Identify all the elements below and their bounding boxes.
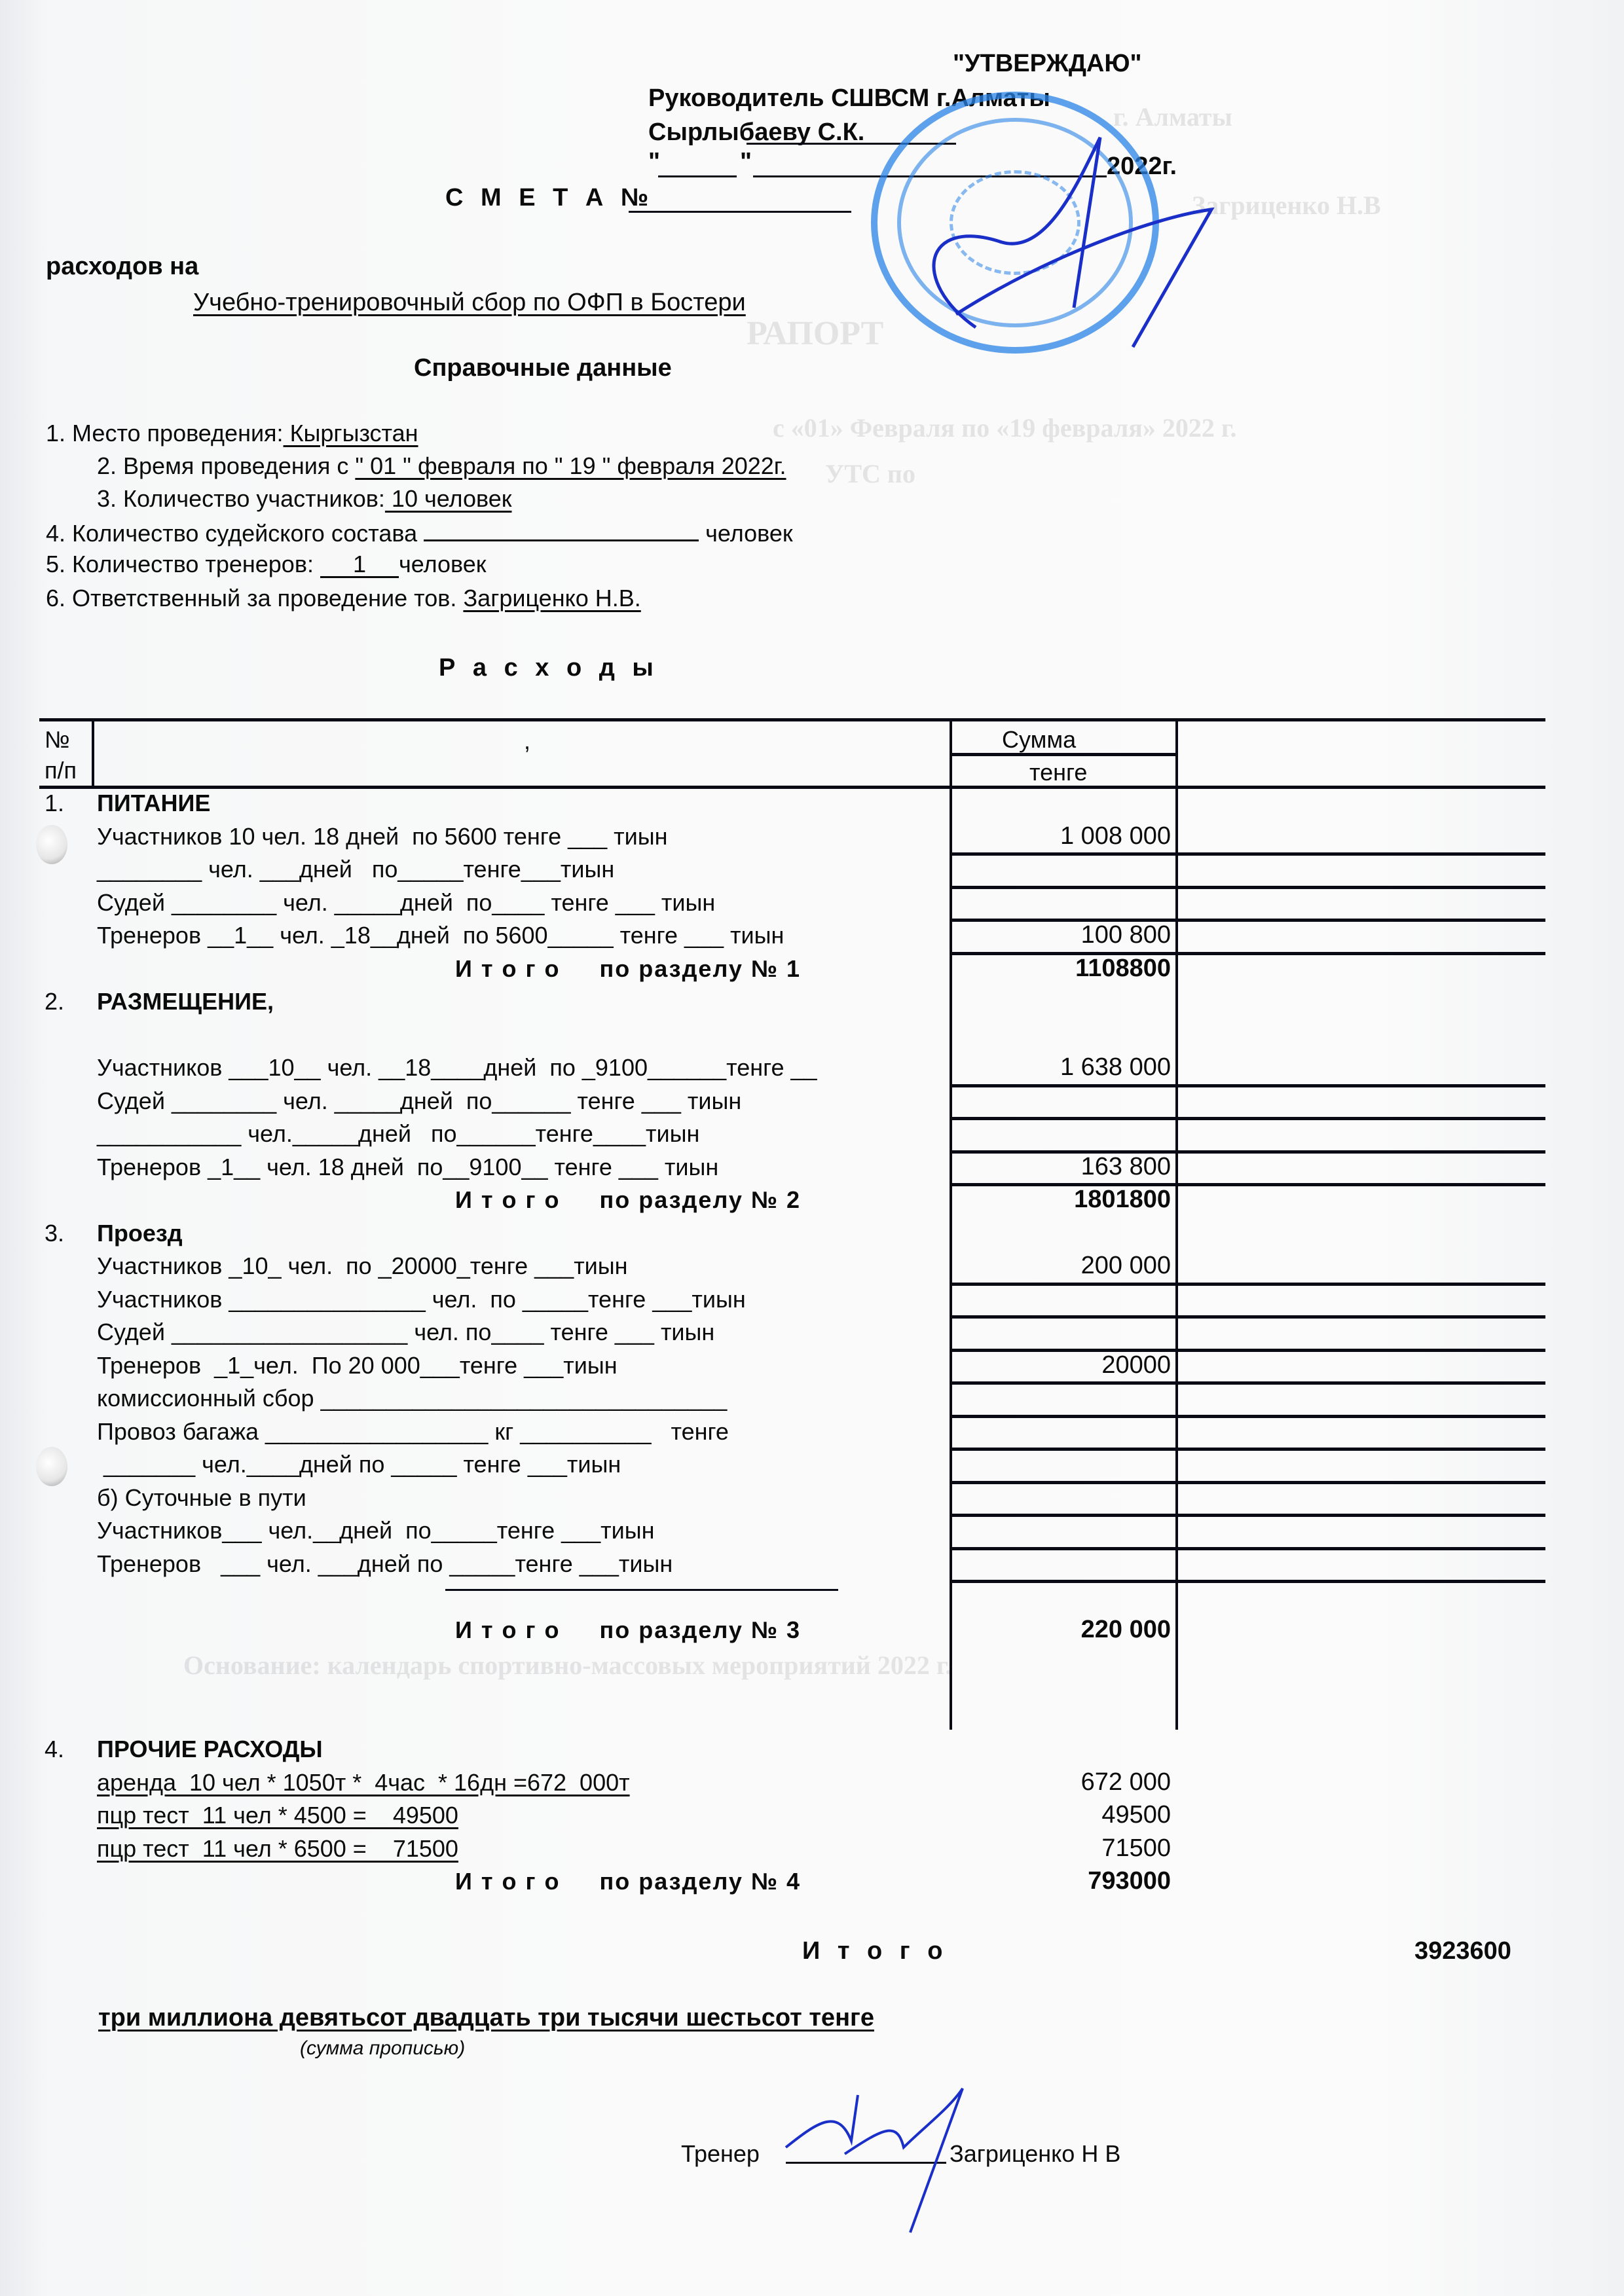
- row-divider: [950, 1117, 1545, 1120]
- estimate-number-line: [629, 211, 851, 213]
- reference-judges: 4. Количество судейского состава человек: [46, 517, 793, 548]
- header-comma: ,: [524, 727, 530, 756]
- expenses-title: Р а с х о д ы: [439, 653, 659, 682]
- row-divider: [950, 1381, 1545, 1385]
- expense-amount: 672 000: [974, 1768, 1171, 1796]
- amount-in-words: три миллиона девятьсот двадцать три тыся…: [98, 2003, 874, 2032]
- reference-dates: 2. Время проведения с " 01 " февраля по …: [97, 452, 786, 481]
- expense-line: Участников _10_ чел. по _20000_тенге ___…: [97, 1252, 628, 1281]
- expense-line: Участников 10 чел. 18 дней по 5600 тенге…: [97, 822, 668, 851]
- section-number: 1.: [45, 789, 64, 818]
- expense-line: ________ чел. ___дней по_____тенге___тиы…: [97, 855, 614, 884]
- reference-title: Справочные данные: [414, 354, 672, 382]
- section-total-label: И т о г о по разделу № 4: [455, 1867, 801, 1896]
- header-num: №: [45, 725, 70, 754]
- bleed-through-text: с «01» Февраля по «19 февраля» 2022 г.: [773, 412, 1237, 443]
- bleed-through-text: Основание: календарь спортивно-массовых …: [183, 1650, 951, 1681]
- expense-line: б) Суточные в пути: [97, 1484, 306, 1512]
- section-number: 4.: [45, 1735, 64, 1764]
- header-num-pp: п/п: [45, 756, 77, 785]
- expense-amount: 1 638 000: [974, 1053, 1171, 1082]
- row-divider: [950, 886, 1545, 889]
- approval-title: "УТВЕРЖДАЮ": [953, 49, 1142, 78]
- expenses-for-label: расходов на: [46, 252, 198, 281]
- row-divider: [950, 852, 1545, 856]
- expense-amount: 49500: [974, 1801, 1171, 1829]
- row-divider: [950, 1283, 1545, 1286]
- expense-line: Судей __________________ чел. по____ тен…: [97, 1318, 714, 1347]
- header-currency: тенге: [1029, 758, 1087, 787]
- expense-line: пцр тест 11 чел * 6500 = 71500: [97, 1834, 458, 1863]
- section-total-label: И т о г о по разделу № 1: [455, 955, 801, 983]
- bleed-through-text: РАПОРТ: [747, 314, 883, 353]
- expense-amount: 200 000: [974, 1252, 1171, 1280]
- header-sum: Сумма: [1002, 725, 1076, 754]
- section-number: 3.: [45, 1219, 64, 1248]
- amount-in-words-caption: (сумма прописью): [300, 2037, 465, 2060]
- expense-line: пцр тест 11 чел * 4500 = 49500: [97, 1801, 458, 1830]
- signature-name: Загриценко Н В: [950, 2140, 1120, 2168]
- expense-line: Тренеров ___ чел. ___дней по _____тенге …: [97, 1550, 673, 1578]
- section-title: ПРОЧИЕ РАСХОДЫ: [97, 1735, 323, 1764]
- punch-hole: [36, 825, 67, 864]
- expense-line: Участников ___10__ чел. __18____дней по …: [97, 1053, 817, 1082]
- row-divider: [950, 1481, 1545, 1484]
- expense-line: Тренеров _1_чел. По 20 000___тенге ___ти…: [97, 1351, 618, 1380]
- table-col-divider: [950, 718, 952, 1730]
- expense-line: аренда 10 чел * 1050т * 4час * 16дн =672…: [97, 1768, 630, 1797]
- section-number: 2.: [45, 987, 64, 1016]
- row-divider: [950, 1084, 1545, 1087]
- expense-amount: 163 800: [974, 1153, 1171, 1181]
- section-total-label: И т о г о по разделу № 2: [455, 1186, 801, 1214]
- table-top-border: [39, 718, 1545, 721]
- table-col-divider: [92, 718, 94, 787]
- punch-hole: [36, 1447, 67, 1486]
- row-divider: [950, 1415, 1545, 1418]
- expense-line: Провоз багажа _________________ кг _____…: [97, 1417, 729, 1446]
- section-title: Проезд: [97, 1219, 183, 1248]
- section-total-value: 1108800: [974, 955, 1171, 983]
- reference-coaches: 5. Количество тренеров: 1 человек: [46, 550, 487, 579]
- table-col-divider: [1175, 718, 1178, 1730]
- expense-line: Судей ________ чел. _____дней по____ тен…: [97, 888, 715, 917]
- expense-line: Участников _______________ чел. по _____…: [97, 1285, 746, 1314]
- total-line: [445, 1589, 838, 1591]
- expense-amount: 1 008 000: [974, 822, 1171, 850]
- expense-line: Судей ________ чел. _____дней по______ т…: [97, 1087, 741, 1116]
- approval-day-line: [658, 175, 737, 177]
- signature-role: Тренер: [681, 2140, 760, 2168]
- expense-line: Тренеров _1__ чел. 18 дней по__9100__ те…: [97, 1153, 718, 1182]
- expense-amount: 100 800: [974, 921, 1171, 949]
- expense-line: Участников___ чел.__дней по_____тенге __…: [97, 1516, 655, 1545]
- approval-date-quote-open: ": [648, 147, 660, 176]
- reference-responsible: 6. Ответственный за проведение тов. Загр…: [46, 584, 641, 613]
- row-divider: [950, 1315, 1545, 1319]
- expense-line: Тренеров __1__ чел. _18__дней по 5600___…: [97, 921, 784, 950]
- section-total-value: 220 000: [974, 1616, 1171, 1644]
- section-total-label: И т о г о по разделу № 3: [455, 1616, 801, 1645]
- section-title: ПИТАНИЕ: [97, 789, 210, 818]
- row-divider: [950, 1514, 1545, 1517]
- bleed-through-text: УТС по: [825, 458, 915, 489]
- section-total-value: 793000: [974, 1867, 1171, 1895]
- expense-amount: 20000: [974, 1351, 1171, 1379]
- section-title: РАЗМЕЩЕНИЕ,: [97, 987, 274, 1016]
- grand-total-label: И т о г о: [802, 1937, 948, 1965]
- expense-amount: 71500: [974, 1834, 1171, 1863]
- reference-participants: 3. Количество участников: 10 человек: [97, 484, 511, 513]
- estimate-title: С М Е Т А №: [445, 183, 654, 212]
- approval-signature-icon: [884, 111, 1225, 360]
- reference-place: 1. Место проведения: Кыргызстан: [46, 419, 418, 448]
- event-name: Учебно-тренировочный сбор по ОФП в Босте…: [193, 288, 746, 317]
- row-divider: [950, 1580, 1545, 1583]
- table-header-bottom-border: [39, 786, 1545, 789]
- expense-line: ___________ чел._____дней по______тенге_…: [97, 1120, 699, 1148]
- approval-date-quote-close: ": [740, 147, 752, 176]
- row-divider: [950, 1448, 1545, 1451]
- section-total-value: 1801800: [974, 1186, 1171, 1214]
- row-divider: [950, 1547, 1545, 1550]
- expense-line: комиссионный сбор ______________________…: [97, 1384, 727, 1413]
- grand-total-value: 3923600: [1414, 1937, 1511, 1965]
- expense-line: _______ чел.____дней по _____ тенге ___т…: [97, 1450, 621, 1479]
